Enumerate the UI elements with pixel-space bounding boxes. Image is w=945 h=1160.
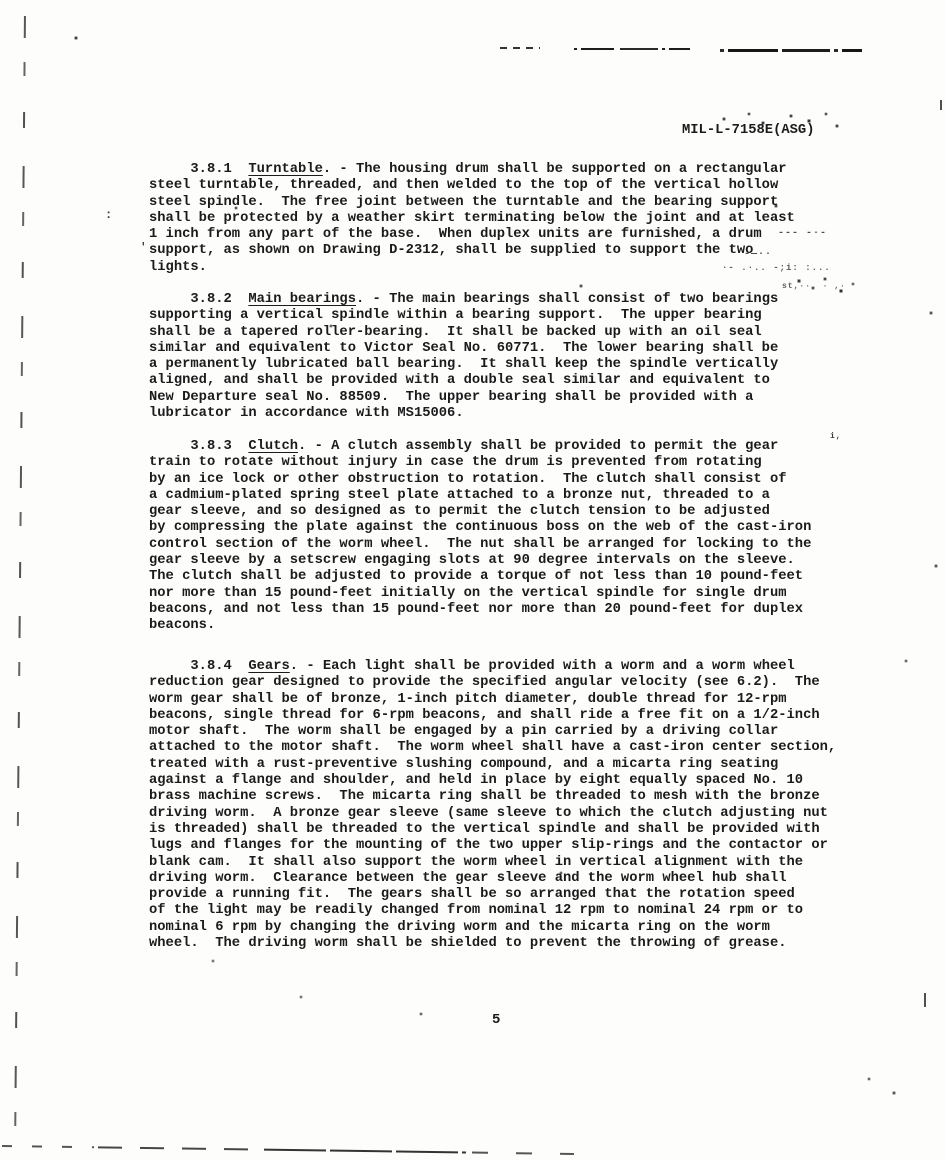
scan-speckles: [0, 0, 2, 2]
paragraph-line: steel turntable, threaded, and then weld…: [149, 178, 795, 194]
paragraph-line: brass machine screws. The micarta ring s…: [149, 789, 836, 805]
paragraph-line: supporting a vertical spindle within a b…: [149, 308, 778, 324]
paragraph-line: reduction gear designed to provide the s…: [149, 675, 836, 691]
paragraph-first-line: 3.8.4 Gears. - Each light shall be provi…: [149, 659, 836, 675]
right-margin-tick: [940, 100, 942, 110]
paragraph-line: steel spindle. The free joint between th…: [149, 195, 795, 211]
paragraph-line: treated with a rust-preventive slushing …: [149, 757, 836, 773]
paragraph-line: blank cam. It shall also support the wor…: [149, 855, 836, 871]
paragraph-line: beacons, single thread for 6-rpm beacons…: [149, 708, 836, 724]
paragraph-line: provide a running fit. The gears shall b…: [149, 887, 836, 903]
scanned-document-page: --- -·- -—·· ·- .·.. -;i: :... st,·· · ,…: [0, 0, 945, 1160]
section-3-8-3-clutch: 3.8.3 Clutch. - A clutch assembly shall …: [149, 439, 811, 635]
paragraph-line: New Departure seal No. 88509. The upper …: [149, 390, 778, 406]
paragraph-line: shall be protected by a weather skirt te…: [149, 211, 795, 227]
paragraph-line: by compressing the plate against the con…: [149, 520, 811, 536]
paragraph-line: is threaded) shall be threaded to the ve…: [149, 822, 836, 838]
paragraph-line: worm gear shall be of bronze, 1-inch pit…: [149, 692, 836, 708]
paragraph-line: beacons, and not less than 15 pound-feet…: [149, 602, 811, 618]
section-title: Main bearings: [248, 292, 356, 307]
paragraph-line: The clutch shall be adjusted to provide …: [149, 569, 811, 585]
section-title: Clutch: [248, 439, 298, 454]
paragraph-line: lugs and flanges for the mounting of the…: [149, 838, 836, 854]
paragraph-line: nominal 6 rpm by changing the driving wo…: [149, 920, 836, 936]
paragraph-line: driving worm. Clearance between the gear…: [149, 871, 836, 887]
paragraph-line: lights.: [149, 260, 795, 276]
top-scan-line-segment: [720, 49, 862, 52]
paragraph-line: train to rotate without injury in case t…: [149, 455, 811, 471]
paragraph-first-line: 3.8.1 Turntable. - The housing drum shal…: [149, 162, 795, 178]
paragraph-line: motor shaft. The worm shall be engaged b…: [149, 724, 836, 740]
paragraph-line: 1 inch from any part of the base. When d…: [149, 227, 795, 243]
paragraph-line: aligned, and shall be provided with a do…: [149, 373, 778, 389]
paragraph-line: by an ice lock or other obstruction to r…: [149, 472, 811, 488]
section-title: Turntable: [248, 162, 323, 177]
paragraph-line: a permanently lubricated ball bearing. I…: [149, 357, 778, 373]
section-3-8-1-turntable: 3.8.1 Turntable. - The housing drum shal…: [149, 162, 795, 276]
paragraph-line: gear sleeve by a setscrew engaging slots…: [149, 553, 811, 569]
paragraph-line: beacons.: [149, 618, 811, 634]
paragraph-line: support, as shown on Drawing D-2312, sha…: [149, 243, 795, 259]
scan-noise-mark: i,: [830, 432, 842, 442]
paragraph-line: attached to the motor shaft. The worm wh…: [149, 740, 836, 756]
paragraph-line: similar and equivalent to Victor Seal No…: [149, 341, 778, 357]
paragraph-line: gear sleeve, and so designed as to permi…: [149, 504, 811, 520]
top-scan-line-segment: [500, 47, 540, 49]
paragraph-first-line: 3.8.3 Clutch. - A clutch assembly shall …: [149, 439, 811, 455]
right-margin-tick: [924, 993, 926, 1007]
paragraph-line: nor more than 15 pound-feet initially on…: [149, 586, 811, 602]
paragraph-first-line: 3.8.2 Main bearings. - The main bearings…: [149, 292, 778, 308]
paragraph-line: a cadmium-plated spring steel plate atta…: [149, 488, 811, 504]
section-3-8-2-main-bearings: 3.8.2 Main bearings. - The main bearings…: [149, 292, 778, 422]
paragraph-line: lubricator in accordance with MS15006.: [149, 406, 778, 422]
spec-number-header: MIL-L-7158E(ASG): [682, 123, 814, 139]
section-3-8-4-gears: 3.8.4 Gears. - Each light shall be provi…: [149, 659, 836, 952]
page-edge-scan-line: [14, 16, 26, 1156]
bottom-scan-line: [2, 1145, 574, 1156]
scan-noise-smudge: st,·· · ,·: [782, 282, 846, 292]
section-title: Gears: [248, 659, 289, 674]
scan-noise-mark: ': [140, 243, 148, 253]
page-number: 5: [492, 1012, 500, 1028]
top-scan-line-segment: [574, 48, 690, 50]
paragraph-line: against a flange and shoulder, and held …: [149, 773, 836, 789]
paragraph-line: shall be a tapered roller-bearing. It sh…: [149, 325, 778, 341]
paragraph-line: of the light may be readily changed from…: [149, 903, 836, 919]
scan-noise-colon: :: [105, 210, 113, 220]
paragraph-line: control section of the worm wheel. The n…: [149, 537, 811, 553]
paragraph-line: driving worm. A bronze gear sleeve (same…: [149, 806, 836, 822]
paragraph-line: wheel. The driving worm shall be shielde…: [149, 936, 836, 952]
